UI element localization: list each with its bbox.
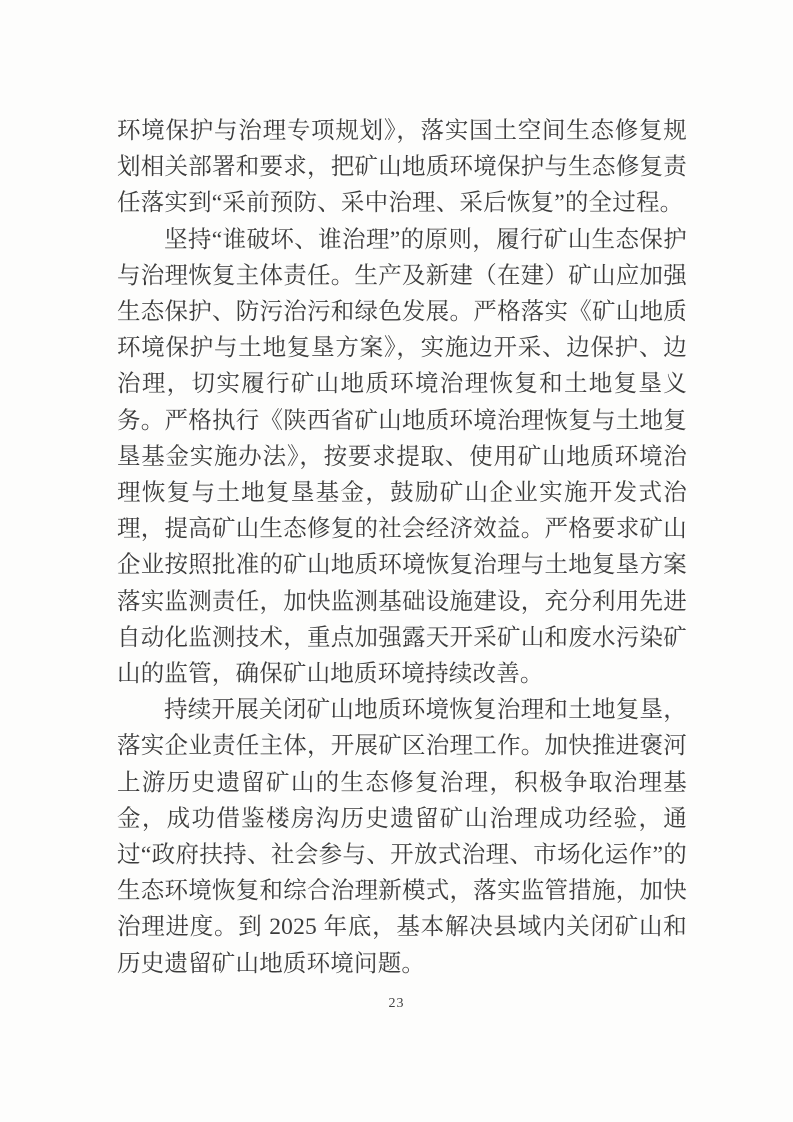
- paragraph-continuation: 环境保护与治理专项规划》，落实国土空间生态修复规划相关部署和要求，把矿山地质环境…: [117, 113, 687, 222]
- paragraph-mine-responsibility: 坚持“谁破坏、谁治理”的原则，履行矿山生态保护与治理恢复主体责任。生产及新建（在…: [117, 222, 687, 693]
- paragraph-closed-mines-restoration: 持续开展关闭矿山地质环境恢复治理和土地复垦，落实企业责任主体，开展矿区治理工作。…: [117, 692, 687, 982]
- document-body: 环境保护与治理专项规划》，落实国土空间生态修复规划相关部署和要求，把矿山地质环境…: [117, 113, 687, 982]
- page-number: 23: [0, 996, 793, 1012]
- document-page: 环境保护与治理专项规划》，落实国土空间生态修复规划相关部署和要求，把矿山地质环境…: [0, 0, 793, 1122]
